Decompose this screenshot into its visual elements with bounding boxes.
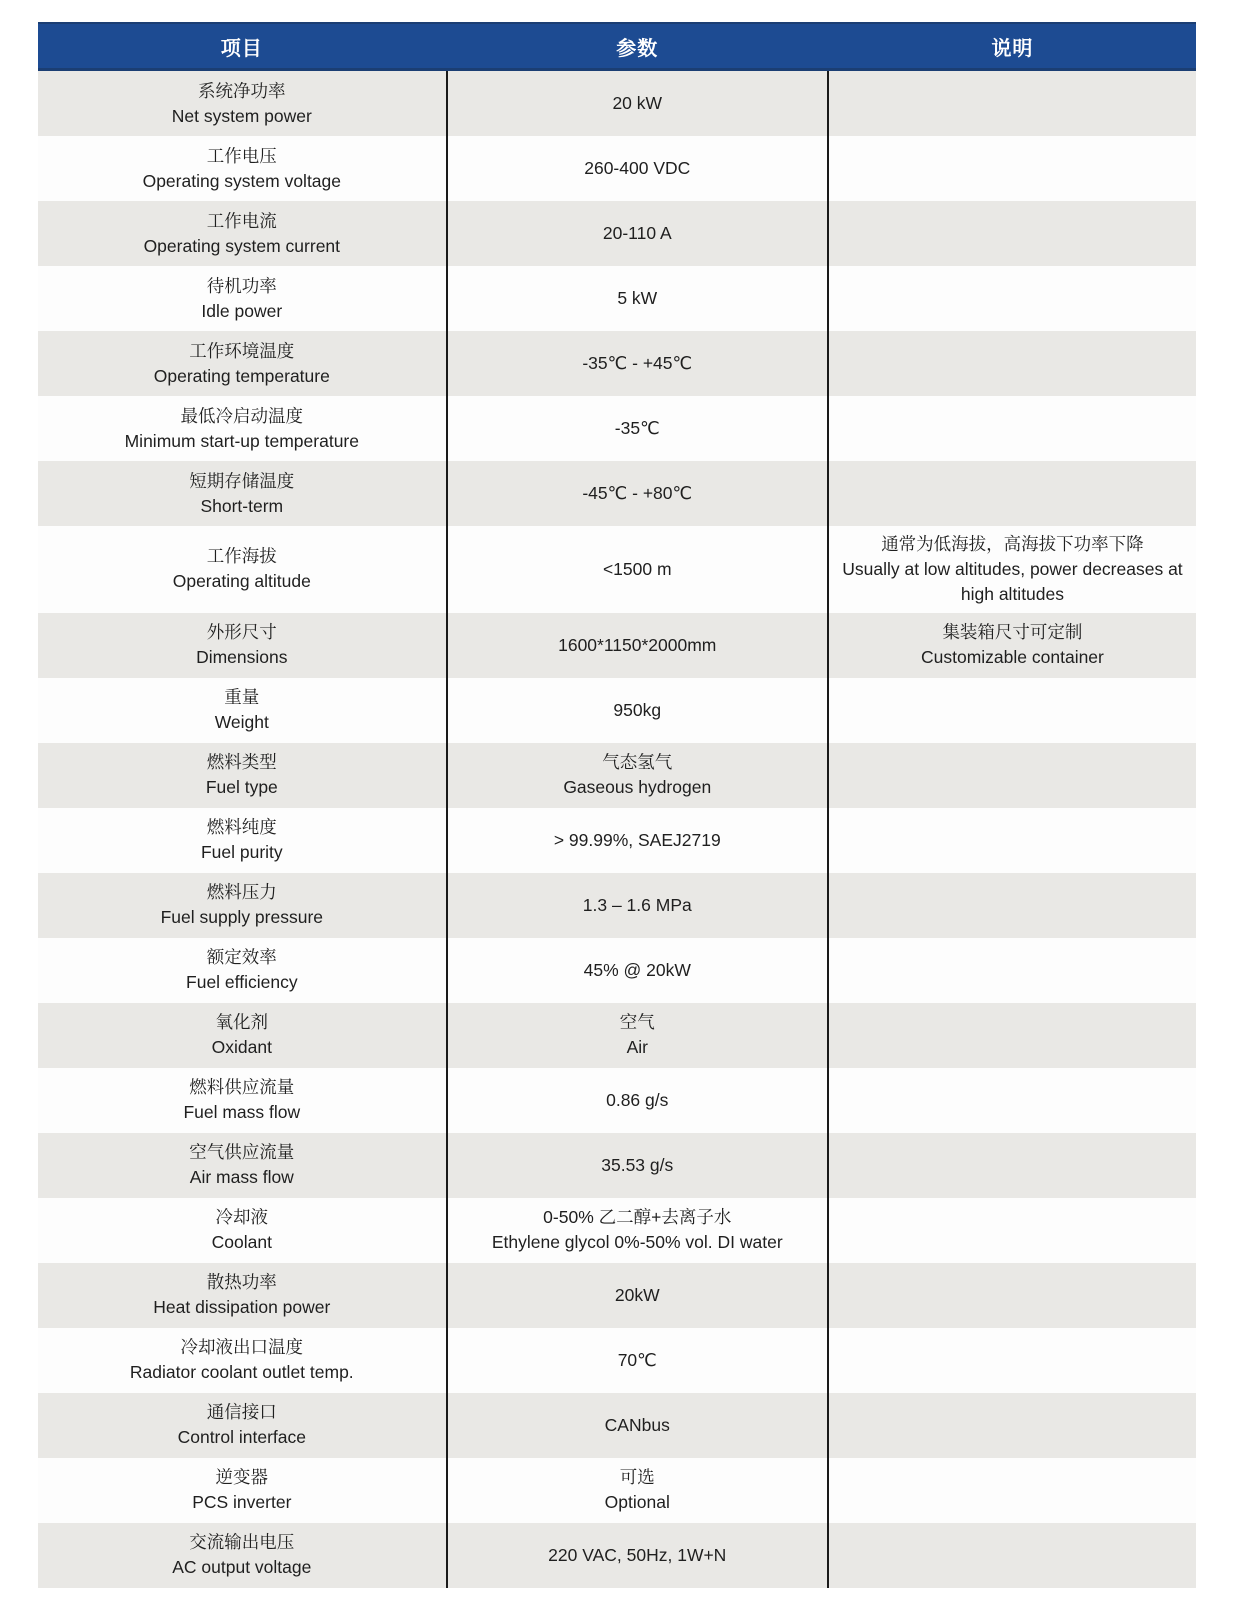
parameter-line: 气态氢气	[456, 750, 819, 775]
item-label-zh: 通信接口	[46, 1400, 438, 1425]
parameter-cell: -35℃ - +45℃	[446, 331, 829, 396]
note-cell: 集装箱尺寸可定制Customizable container	[829, 613, 1196, 678]
item-label-zh: 冷却液	[46, 1205, 438, 1230]
parameter-cell: 260-400 VDC	[446, 136, 829, 201]
note-cell	[829, 136, 1196, 201]
parameter-line: 20 kW	[456, 91, 819, 116]
item-label-zh: 待机功率	[46, 274, 438, 299]
header-parameter: 参数	[446, 32, 829, 61]
table-header-row: 项目 参数 说明	[38, 22, 1196, 71]
item-label-en: Operating system voltage	[46, 169, 438, 194]
table-row: 逆变器 PCS inverter 可选Optional	[38, 1458, 1196, 1523]
parameter-cell: 0.86 g/s	[446, 1068, 829, 1133]
note-cell	[829, 678, 1196, 743]
note-cell	[829, 873, 1196, 938]
parameter-cell: > 99.99%, SAEJ2719	[446, 808, 829, 873]
spec-table: 项目 参数 说明 系统净功率 Net system power 20 kW 工作…	[38, 22, 1196, 1588]
item-label-en: PCS inverter	[46, 1490, 438, 1515]
table-row: 额定效率 Fuel efficiency 45% @ 20kW	[38, 938, 1196, 1003]
table-row: 交流输出电压 AC output voltage 220 VAC, 50Hz, …	[38, 1523, 1196, 1588]
table-row: 冷却液 Coolant 0-50% 乙二醇+去离子水Ethylene glyco…	[38, 1198, 1196, 1263]
table-row: 燃料类型 Fuel type 气态氢气Gaseous hydrogen	[38, 743, 1196, 808]
item-cell: 短期存储温度 Short-term	[38, 461, 446, 526]
parameter-line: 70℃	[456, 1348, 819, 1373]
parameter-line: 1.3 – 1.6 MPa	[456, 893, 819, 918]
parameter-line: 220 VAC, 50Hz, 1W+N	[456, 1543, 819, 1568]
item-label-en: Coolant	[46, 1230, 438, 1255]
table-row: 外形尺寸 Dimensions 1600*1150*2000mm 集装箱尺寸可定…	[38, 613, 1196, 678]
parameter-line: 20kW	[456, 1283, 819, 1308]
item-label-en: Operating system current	[46, 234, 438, 259]
item-cell: 工作环境温度 Operating temperature	[38, 331, 446, 396]
table-row: 工作海拔 Operating altitude <1500 m 通常为低海拔，高…	[38, 526, 1196, 613]
spec-table-body: 系统净功率 Net system power 20 kW 工作电压 Operat…	[38, 71, 1196, 1588]
item-label-zh: 工作电压	[46, 144, 438, 169]
parameter-line: > 99.99%, SAEJ2719	[456, 828, 819, 853]
item-label-en: Fuel supply pressure	[46, 905, 438, 930]
note-cell	[829, 71, 1196, 136]
item-label-zh: 燃料纯度	[46, 815, 438, 840]
item-label-en: AC output voltage	[46, 1555, 438, 1580]
parameter-cell: 220 VAC, 50Hz, 1W+N	[446, 1523, 829, 1588]
note-cell	[829, 743, 1196, 808]
note-cell	[829, 1068, 1196, 1133]
note-cell	[829, 266, 1196, 331]
note-cell	[829, 1133, 1196, 1198]
table-row: 氧化剂 Oxidant 空气Air	[38, 1003, 1196, 1068]
note-cell	[829, 1003, 1196, 1068]
parameter-line: CANbus	[456, 1413, 819, 1438]
item-label-en: Short-term	[46, 494, 438, 519]
item-cell: 空气供应流量 Air mass flow	[38, 1133, 446, 1198]
parameter-line: 可选	[456, 1465, 819, 1490]
table-row: 燃料压力 Fuel supply pressure 1.3 – 1.6 MPa	[38, 873, 1196, 938]
parameter-cell: 35.53 g/s	[446, 1133, 829, 1198]
note-line: 通常为低海拔，高海拔下功率下降	[837, 532, 1188, 557]
item-label-en: Heat dissipation power	[46, 1295, 438, 1320]
table-row: 燃料供应流量 Fuel mass flow 0.86 g/s	[38, 1068, 1196, 1133]
table-row: 系统净功率 Net system power 20 kW	[38, 71, 1196, 136]
table-row: 重量 Weight 950kg	[38, 678, 1196, 743]
item-label-en: Oxidant	[46, 1035, 438, 1060]
parameter-line: 20-110 A	[456, 221, 819, 246]
table-row: 待机功率 Idle power 5 kW	[38, 266, 1196, 331]
parameter-cell: 1600*1150*2000mm	[446, 613, 829, 678]
note-cell	[829, 201, 1196, 266]
item-label-zh: 冷却液出口温度	[46, 1335, 438, 1360]
note-line: Usually at low altitudes, power decrease…	[837, 557, 1188, 607]
table-row: 工作电流 Operating system current 20-110 A	[38, 201, 1196, 266]
item-label-en: Idle power	[46, 299, 438, 324]
note-cell	[829, 1523, 1196, 1588]
table-row: 空气供应流量 Air mass flow 35.53 g/s	[38, 1133, 1196, 1198]
parameter-line: -45℃ - +80℃	[456, 481, 819, 506]
parameter-cell: 20-110 A	[446, 201, 829, 266]
parameter-cell: 1.3 – 1.6 MPa	[446, 873, 829, 938]
parameter-line: Gaseous hydrogen	[456, 775, 819, 800]
parameter-line: 5 kW	[456, 286, 819, 311]
table-row: 通信接口 Control interface CANbus	[38, 1393, 1196, 1458]
item-label-zh: 交流输出电压	[46, 1530, 438, 1555]
item-cell: 额定效率 Fuel efficiency	[38, 938, 446, 1003]
item-label-en: Fuel efficiency	[46, 970, 438, 995]
parameter-cell: 5 kW	[446, 266, 829, 331]
table-row: 短期存储温度 Short-term -45℃ - +80℃	[38, 461, 1196, 526]
note-line: Customizable container	[837, 645, 1188, 670]
parameter-line: -35℃	[456, 416, 819, 441]
item-label-zh: 氧化剂	[46, 1010, 438, 1035]
item-label-zh: 工作电流	[46, 209, 438, 234]
header-note: 说明	[829, 32, 1196, 61]
note-cell: 通常为低海拔，高海拔下功率下降Usually at low altitudes,…	[829, 526, 1196, 613]
item-label-zh: 系统净功率	[46, 79, 438, 104]
item-cell: 交流输出电压 AC output voltage	[38, 1523, 446, 1588]
parameter-line: 0-50% 乙二醇+去离子水	[456, 1205, 819, 1230]
parameter-cell: -35℃	[446, 396, 829, 461]
item-cell: 重量 Weight	[38, 678, 446, 743]
parameter-cell: <1500 m	[446, 526, 829, 613]
note-line: 集装箱尺寸可定制	[837, 620, 1188, 645]
parameter-line: 45% @ 20kW	[456, 958, 819, 983]
parameter-cell: 20 kW	[446, 71, 829, 136]
item-cell: 外形尺寸 Dimensions	[38, 613, 446, 678]
note-cell	[829, 808, 1196, 873]
item-cell: 系统净功率 Net system power	[38, 71, 446, 136]
parameter-cell: 20kW	[446, 1263, 829, 1328]
parameter-cell: 可选Optional	[446, 1458, 829, 1523]
item-label-en: Weight	[46, 710, 438, 735]
item-cell: 燃料供应流量 Fuel mass flow	[38, 1068, 446, 1133]
parameter-cell: -45℃ - +80℃	[446, 461, 829, 526]
item-label-zh: 重量	[46, 685, 438, 710]
item-cell: 氧化剂 Oxidant	[38, 1003, 446, 1068]
item-label-en: Fuel mass flow	[46, 1100, 438, 1125]
parameter-line: 1600*1150*2000mm	[456, 633, 819, 658]
item-label-en: Control interface	[46, 1425, 438, 1450]
item-label-zh: 燃料压力	[46, 880, 438, 905]
parameter-cell: 0-50% 乙二醇+去离子水Ethylene glycol 0%-50% vol…	[446, 1198, 829, 1263]
table-row: 工作电压 Operating system voltage 260-400 VD…	[38, 136, 1196, 201]
item-label-en: Fuel purity	[46, 840, 438, 865]
item-label-zh: 工作海拔	[46, 544, 438, 569]
note-cell	[829, 1393, 1196, 1458]
header-item: 项目	[38, 32, 446, 61]
item-label-en: Fuel type	[46, 775, 438, 800]
item-cell: 散热功率 Heat dissipation power	[38, 1263, 446, 1328]
parameter-cell: 950kg	[446, 678, 829, 743]
note-cell	[829, 1328, 1196, 1393]
item-cell: 工作电流 Operating system current	[38, 201, 446, 266]
item-label-en: Operating altitude	[46, 569, 438, 594]
parameter-line: 260-400 VDC	[456, 156, 819, 181]
item-cell: 待机功率 Idle power	[38, 266, 446, 331]
item-label-zh: 短期存储温度	[46, 469, 438, 494]
table-row: 工作环境温度 Operating temperature -35℃ - +45℃	[38, 331, 1196, 396]
table-row: 最低冷启动温度 Minimum start-up temperature -35…	[38, 396, 1196, 461]
parameter-line: 空气	[456, 1010, 819, 1035]
item-cell: 工作电压 Operating system voltage	[38, 136, 446, 201]
item-cell: 通信接口 Control interface	[38, 1393, 446, 1458]
item-cell: 冷却液 Coolant	[38, 1198, 446, 1263]
item-label-zh: 散热功率	[46, 1270, 438, 1295]
item-label-zh: 工作环境温度	[46, 339, 438, 364]
item-label-zh: 空气供应流量	[46, 1140, 438, 1165]
item-cell: 逆变器 PCS inverter	[38, 1458, 446, 1523]
parameter-line: Air	[456, 1035, 819, 1060]
note-cell	[829, 461, 1196, 526]
parameter-cell: 70℃	[446, 1328, 829, 1393]
item-cell: 最低冷启动温度 Minimum start-up temperature	[38, 396, 446, 461]
table-row: 冷却液出口温度 Radiator coolant outlet temp. 70…	[38, 1328, 1196, 1393]
note-cell	[829, 938, 1196, 1003]
parameter-line: -35℃ - +45℃	[456, 351, 819, 376]
parameter-line: Optional	[456, 1490, 819, 1515]
item-cell: 燃料压力 Fuel supply pressure	[38, 873, 446, 938]
item-label-zh: 逆变器	[46, 1465, 438, 1490]
item-label-en: Minimum start-up temperature	[46, 429, 438, 454]
item-label-zh: 最低冷启动温度	[46, 404, 438, 429]
item-label-zh: 燃料类型	[46, 750, 438, 775]
item-cell: 工作海拔 Operating altitude	[38, 526, 446, 613]
item-label-en: Radiator coolant outlet temp.	[46, 1360, 438, 1385]
parameter-cell: CANbus	[446, 1393, 829, 1458]
parameter-cell: 气态氢气Gaseous hydrogen	[446, 743, 829, 808]
item-cell: 冷却液出口温度 Radiator coolant outlet temp.	[38, 1328, 446, 1393]
item-label-en: Net system power	[46, 104, 438, 129]
parameter-cell: 45% @ 20kW	[446, 938, 829, 1003]
parameter-line: 950kg	[456, 698, 819, 723]
parameter-cell: 空气Air	[446, 1003, 829, 1068]
item-label-en: Operating temperature	[46, 364, 438, 389]
note-cell	[829, 396, 1196, 461]
parameter-line: <1500 m	[456, 557, 819, 582]
parameter-line: 0.86 g/s	[456, 1088, 819, 1113]
parameter-line: Ethylene glycol 0%-50% vol. DI water	[456, 1230, 819, 1255]
item-label-zh: 额定效率	[46, 945, 438, 970]
item-label-en: Air mass flow	[46, 1165, 438, 1190]
table-row: 散热功率 Heat dissipation power 20kW	[38, 1263, 1196, 1328]
item-label-en: Dimensions	[46, 645, 438, 670]
note-cell	[829, 1458, 1196, 1523]
item-label-zh: 外形尺寸	[46, 620, 438, 645]
item-cell: 燃料纯度 Fuel purity	[38, 808, 446, 873]
item-cell: 燃料类型 Fuel type	[38, 743, 446, 808]
note-cell	[829, 331, 1196, 396]
item-label-zh: 燃料供应流量	[46, 1075, 438, 1100]
table-row: 燃料纯度 Fuel purity > 99.99%, SAEJ2719	[38, 808, 1196, 873]
note-cell	[829, 1198, 1196, 1263]
parameter-line: 35.53 g/s	[456, 1153, 819, 1178]
note-cell	[829, 1263, 1196, 1328]
